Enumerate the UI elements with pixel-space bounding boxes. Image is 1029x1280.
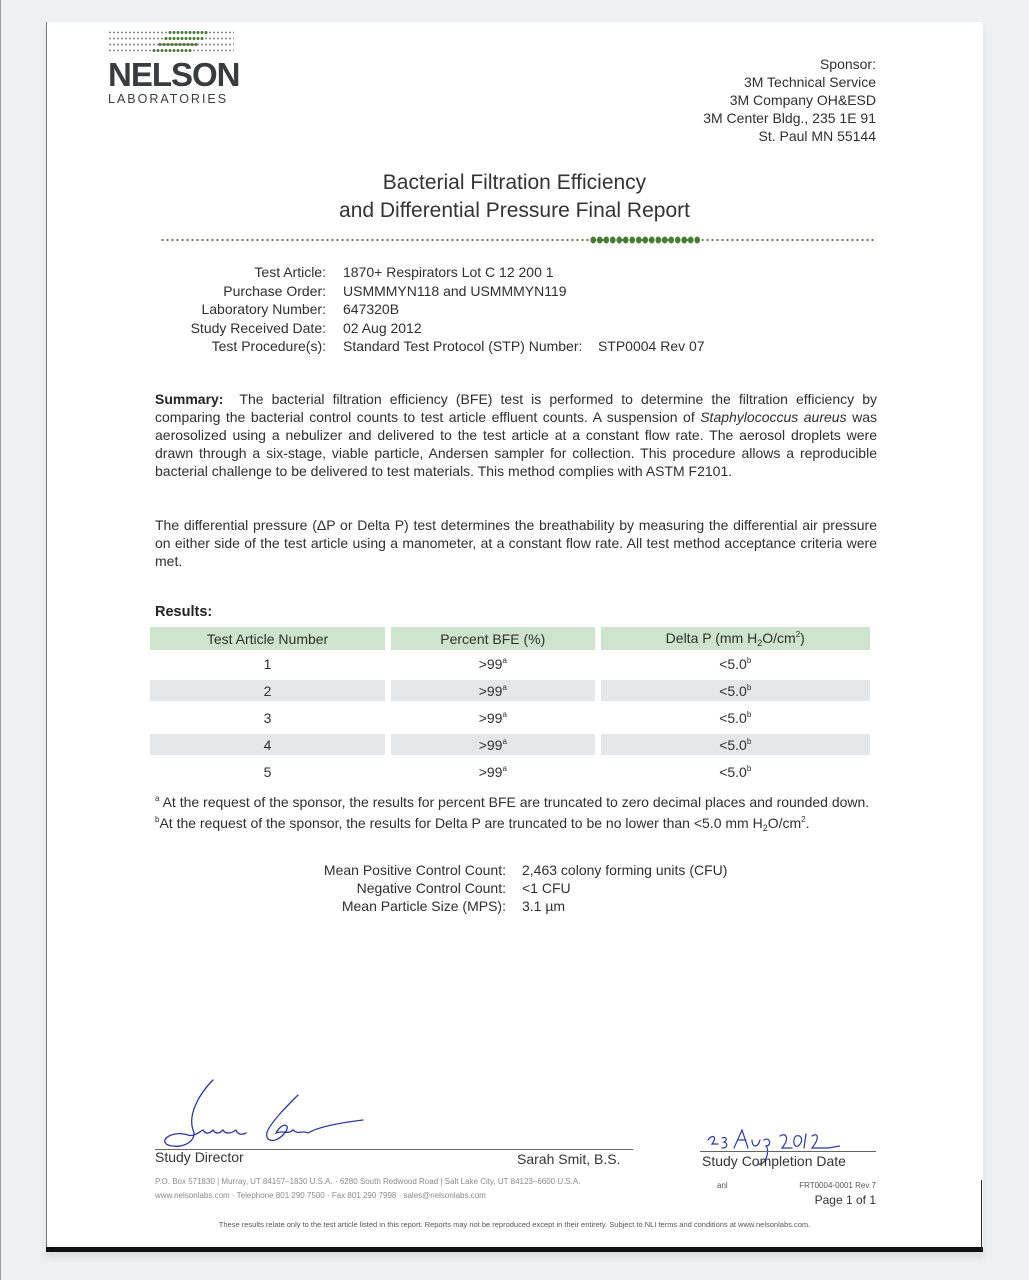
control-label: Mean Particle Size (MPS): <box>300 897 522 915</box>
control-value: 3.1 µm <box>522 897 565 915</box>
table-row: 2 >99a <5.0b <box>150 677 870 704</box>
results-footnotes: a At the request of the sponsor, the res… <box>155 790 877 837</box>
control-value: <1 CFU <box>522 879 571 897</box>
cell-delta-p: <5.0b <box>601 758 871 785</box>
control-counts: Mean Positive Control Count: 2,463 colon… <box>300 861 727 915</box>
column-header-bfe: Percent BFE (%) <box>391 627 594 650</box>
column-header-test-article: Test Article Number <box>150 627 385 650</box>
cell-bfe: >99a <box>391 650 594 677</box>
info-row-received-date: Study Received Date: 02 Aug 2012 <box>160 319 705 338</box>
organism-name: Staphylococcus aureus <box>700 409 846 425</box>
study-director-name: Sarah Smit, B.S. <box>517 1151 620 1167</box>
control-row: Negative Control Count: <1 CFU <box>300 879 727 897</box>
info-label: Test Procedure(s): <box>160 337 343 356</box>
cell-delta-p: <5.0b <box>601 650 871 677</box>
info-label: Laboratory Number: <box>160 300 343 319</box>
cell-bfe: >99a <box>391 704 594 731</box>
lab-address: P.O. Box 571830 | Murray, UT 84157–1830 … <box>155 1175 580 1203</box>
sponsor-heading: Sponsor: <box>703 55 876 73</box>
form-id: FRT0004-0001 Rev 7 <box>799 1181 876 1190</box>
footnote-b: bAt the request of the sponsor, the resu… <box>155 811 877 837</box>
control-row: Mean Positive Control Count: 2,463 colon… <box>300 861 727 879</box>
report-title-line2: and Differential Pressure Final Report <box>0 197 1029 225</box>
column-header-delta-p: Delta P (mm H2O/cm2) <box>601 627 871 650</box>
results-table: Test Article Number Percent BFE (%) Delt… <box>144 627 876 785</box>
control-row: Mean Particle Size (MPS): 3.1 µm <box>300 897 727 915</box>
cell-test-article-number: 1 <box>150 650 385 677</box>
summary-heading: Summary: <box>155 391 223 407</box>
study-info: Test Article: 1870+ Respirators Lot C 12… <box>160 263 705 356</box>
handwritten-signature-icon <box>158 1075 368 1155</box>
logo-name: NELSON <box>108 60 238 90</box>
cell-test-article-number: 4 <box>150 731 385 758</box>
cell-test-article-number: 3 <box>150 704 385 731</box>
cell-test-article-number: 5 <box>150 758 385 785</box>
info-value: 1870+ Respirators Lot C 12 200 1 <box>343 263 554 282</box>
divider-accent <box>590 236 700 244</box>
info-row-test-procedure: Test Procedure(s): Standard Test Protoco… <box>160 337 705 356</box>
info-label: Test Article: <box>160 263 343 282</box>
info-value: Standard Test Protocol (STP) Number: STP… <box>343 337 705 356</box>
cell-delta-p: <5.0b <box>601 704 871 731</box>
results-heading: Results: <box>155 604 212 620</box>
table-row: 1 >99a <5.0b <box>150 650 870 677</box>
sponsor-line: 3M Technical Service <box>703 73 876 91</box>
info-label: Study Received Date: <box>160 319 343 338</box>
logo-dot-pattern-icon <box>108 31 238 52</box>
study-completion-date-label: Study Completion Date <box>702 1153 846 1169</box>
cell-bfe: >99a <box>391 758 594 785</box>
info-value: USMMMYN118 and USMMMYN119 <box>343 282 567 301</box>
info-value: 647320B <box>343 300 399 319</box>
control-label: Mean Positive Control Count: <box>300 861 522 879</box>
info-row-test-article: Test Article: 1870+ Respirators Lot C 12… <box>160 263 705 282</box>
address-line: P.O. Box 571830 | Murray, UT 84157–1830 … <box>155 1175 580 1189</box>
contact-line: www.nelsonlabs.com · Telephone 801 290 7… <box>155 1189 580 1203</box>
cell-test-article-number: 2 <box>150 677 385 704</box>
table-row: 5 >99a <5.0b <box>150 758 870 785</box>
control-label: Negative Control Count: <box>300 879 522 897</box>
disclaimer: These results relate only to the test ar… <box>0 1220 1029 1229</box>
table-row: 3 >99a <5.0b <box>150 704 870 731</box>
info-label: Purchase Order: <box>160 282 343 301</box>
sponsor-line: 3M Center Bldg., 235 1E 91 <box>703 109 876 127</box>
cell-bfe: >99a <box>391 731 594 758</box>
cell-delta-p: <5.0b <box>601 731 871 758</box>
logo-subtitle: LABORATORIES <box>108 92 238 106</box>
date-signature-line <box>700 1151 876 1152</box>
page-number: Page 1 of 1 <box>815 1193 876 1207</box>
page-bottom-edge <box>46 1247 983 1252</box>
study-director-label: Study Director <box>155 1149 244 1165</box>
cell-bfe: >99a <box>391 677 594 704</box>
sponsor-line: St. Paul MN 55144 <box>703 127 876 145</box>
info-row-purchase-order: Purchase Order: USMMMYN118 and USMMMYN11… <box>160 282 705 301</box>
preparer-initials: anl <box>717 1181 728 1190</box>
footnote-a: a At the request of the sponsor, the res… <box>155 790 877 811</box>
report-title-line1: Bacterial Filtration Efficiency <box>0 169 1029 197</box>
info-value: 02 Aug 2012 <box>343 319 422 338</box>
table-row: 4 >99a <5.0b <box>150 731 870 758</box>
sponsor-line: 3M Company OH&ESD <box>703 91 876 109</box>
sponsor-address: Sponsor: 3M Technical Service 3M Company… <box>703 55 876 145</box>
info-row-lab-number: Laboratory Number: 647320B <box>160 300 705 319</box>
differential-pressure-paragraph: The differential pressure (ΔP or Delta P… <box>155 516 877 570</box>
nelson-labs-logo: NELSON LABORATORIES <box>108 31 238 106</box>
control-value: 2,463 colony forming units (CFU) <box>522 861 727 879</box>
report-title: Bacterial Filtration Efficiency and Diff… <box>0 169 1029 225</box>
cell-delta-p: <5.0b <box>601 677 871 704</box>
summary-paragraph: Summary: The bacterial filtration effici… <box>155 390 877 480</box>
dotted-divider <box>160 238 876 242</box>
page-right-edge <box>981 1180 982 1250</box>
